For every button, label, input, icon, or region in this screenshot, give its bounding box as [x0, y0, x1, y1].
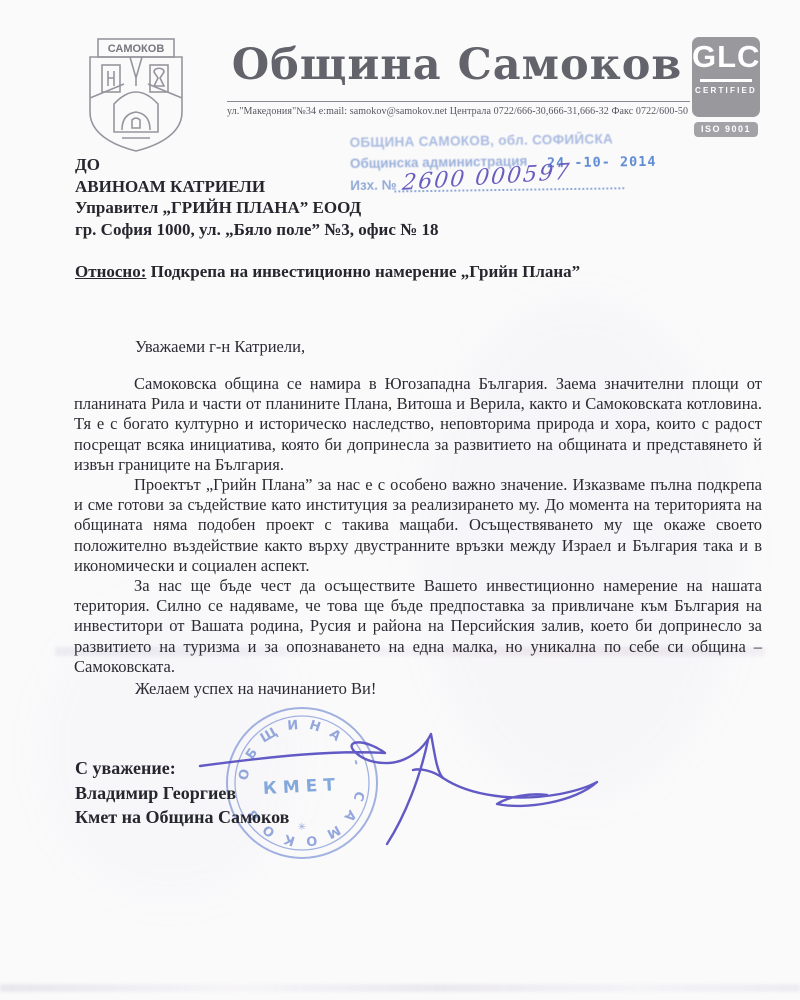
recipient-address: гр. София 1000, ул. „Бяло поле” №3, офис… [75, 219, 438, 241]
recipient-name: АВИНОАМ КАТРИЕЛИ [75, 176, 438, 198]
glc-certification-badge: GLC CERTIFIED [692, 37, 760, 117]
subject-label: Относно: [75, 262, 146, 281]
subject-text: Подкрепа на инвестиционно намерение „Гри… [146, 262, 580, 281]
iso-9001-badge: ISO 9001 [694, 122, 758, 137]
greeting: Уважаеми г-н Катриели, [75, 337, 763, 357]
scanned-letter-page: САМОКОВ Община Самоков ул."Македония"№34… [0, 0, 800, 1000]
closing-line: Желаем успех на начинанието Ви! [75, 679, 763, 699]
letter-body: Самоковска община се намира в Югозападна… [74, 374, 762, 677]
municipality-coat-of-arms-icon: САМОКОВ [80, 34, 192, 159]
scan-edge-artifact [0, 984, 800, 992]
registry-stamp-line1: ОБЩИНА САМОКОВ, обл. СОФИЙСКА [350, 131, 650, 150]
recipient-role: Управител „ГРИЙН ПЛАНА” ЕООД [75, 197, 438, 219]
paragraph-2: Проектът „Грийн Плана” за нас е с особен… [74, 475, 762, 576]
paragraph-1: Самоковска община се намира в Югозападна… [74, 374, 762, 475]
recipient-to: ДО [75, 154, 438, 176]
recipient-block: ДО АВИНОАМ КАТРИЕЛИ Управител „ГРИЙН ПЛА… [75, 154, 438, 240]
glc-logo-text: GLC [692, 37, 760, 77]
paragraph-3: За нас ще бъде чест да осъществите Вашет… [74, 576, 762, 677]
organization-title: Община Самоков [222, 40, 692, 90]
signature-block: С уважение: Владимир Георгиев Кмет на Об… [75, 756, 289, 830]
contact-info-line: ул."Македония"№34 e:mail: samokov@samoko… [227, 106, 702, 117]
subject-line: Относно: Подкрепа на инвестиционно намер… [75, 262, 580, 282]
glc-divider [700, 79, 752, 82]
glc-certified-label: CERTIFIED [692, 86, 760, 95]
signatory-name: Владимир Георгиев [75, 781, 289, 806]
signatory-title: Кмет на Община Самоков [75, 805, 289, 830]
signature-salutation: С уважение: [75, 756, 289, 781]
header-divider [227, 101, 690, 102]
logo-banner-text: САМОКОВ [108, 43, 165, 55]
